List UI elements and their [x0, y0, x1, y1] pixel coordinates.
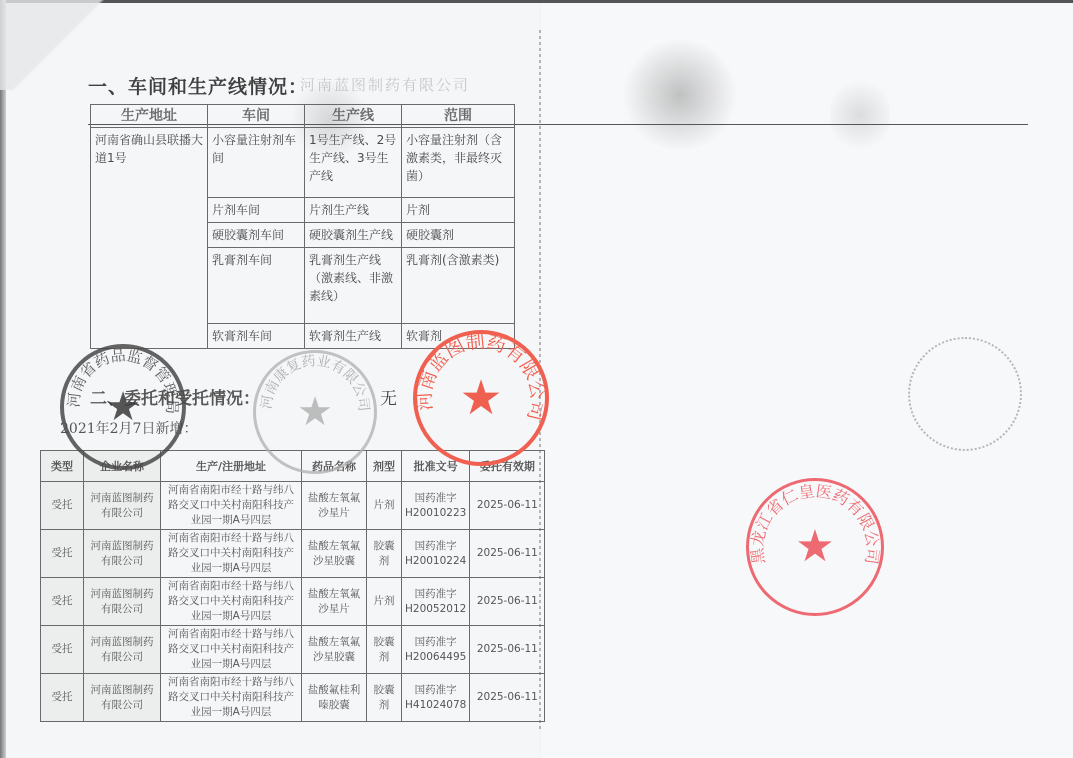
cell-type: 受托 — [41, 530, 84, 578]
seal-gray-company: ★ 河南康复药业有限公司 — [253, 350, 377, 474]
cell-company: 河南蓝图制药有限公司 — [84, 674, 161, 722]
seal-drug-admin: ★ 河南省药品监督管理局 — [60, 344, 186, 470]
cell-form: 片剂 — [367, 482, 402, 530]
cell-line: 片剂生产线 — [305, 198, 402, 223]
entrustment-table: 类型 企业名称 生产/注册地址 药品名称 剂型 批准文号 委托有效期 受托河南蓝… — [40, 450, 545, 722]
cell-drug: 盐酸氟桂利嗪胶囊 — [302, 674, 367, 722]
cell-valid: 2025-06-11 — [470, 578, 545, 626]
cell-drug: 盐酸左氧氟沙星片 — [302, 578, 367, 626]
cell-type: 受托 — [41, 626, 84, 674]
seal-star-icon: ★ — [795, 525, 834, 569]
cell-company: 河南蓝图制药有限公司 — [84, 578, 161, 626]
cell-company: 河南蓝图制药有限公司 — [84, 626, 161, 674]
cell-approval: 国药准字H20052012 — [402, 578, 470, 626]
seal-heilongjiang-pharma: ★ 黑龙江省仁皇医药有限公司 — [746, 478, 884, 616]
col-header-address: 生产地址 — [91, 105, 208, 128]
cell-line: 硬胶囊剂生产线 — [305, 223, 402, 248]
cell-form: 片剂 — [367, 578, 402, 626]
cell-line: 软膏剂生产线 — [305, 324, 402, 349]
cell-drug: 盐酸左氧氟沙星片 — [302, 482, 367, 530]
scan-edge-left — [0, 0, 6, 758]
cell-drug: 盐酸左氧氟沙星胶囊 — [302, 530, 367, 578]
cell-address: 河南省南阳市经十路与纬八路交叉口中关村南阳科技产业园一期A号四层 — [161, 674, 302, 722]
col-header-scope: 范围 — [402, 105, 515, 128]
section1-title: 一、车间和生产线情况： — [88, 72, 308, 99]
scan-noise — [830, 75, 890, 155]
cell-approval: 国药准字H41024078 — [402, 674, 470, 722]
cell-valid: 2025-06-11 — [470, 530, 545, 578]
cell-workshop: 片剂车间 — [208, 198, 305, 223]
cell-valid: 2025-06-11 — [470, 626, 545, 674]
cell-workshop: 小容量注射剂车间 — [208, 128, 305, 198]
table-row: 受托河南蓝图制药有限公司河南省南阳市经十路与纬八路交叉口中关村南阳科技产业园一期… — [41, 626, 545, 674]
seal-star-icon: ★ — [105, 387, 141, 427]
cell-type: 受托 — [41, 482, 84, 530]
cell-type: 受托 — [41, 674, 84, 722]
cell-address: 河南省确山县联播大道1号 — [91, 128, 208, 349]
table-row: 受托河南蓝图制药有限公司河南省南阳市经十路与纬八路交叉口中关村南阳科技产业园一期… — [41, 578, 545, 626]
cell-address: 河南省南阳市经十路与纬八路交叉口中关村南阳科技产业园一期A号四层 — [161, 626, 302, 674]
table-row: 受托河南蓝图制药有限公司河南省南阳市经十路与纬八路交叉口中关村南阳科技产业园一期… — [41, 674, 545, 722]
cell-approval: 国药准字H20010223 — [402, 482, 470, 530]
seal-star-icon: ★ — [459, 374, 502, 422]
section2-none: 无 — [380, 384, 397, 409]
cell-address: 河南省南阳市经十路与纬八路交叉口中关村南阳科技产业园一期A号四层 — [161, 530, 302, 578]
cell-valid: 2025-06-11 — [470, 482, 545, 530]
seal-lantu-pharma: ★ 河南蓝图制药有限公司 — [413, 330, 549, 466]
cell-drug: 盐酸左氧氟沙星胶囊 — [302, 626, 367, 674]
cell-form: 胶囊剂 — [367, 530, 402, 578]
cell-address: 河南省南阳市经十路与纬八路交叉口中关村南阳科技产业园一期A号四层 — [161, 482, 302, 530]
table-row: 受托河南蓝图制药有限公司河南省南阳市经十路与纬八路交叉口中关村南阳科技产业园一期… — [41, 482, 545, 530]
cell-approval: 国药准字H20010224 — [402, 530, 470, 578]
cell-scope: 硬胶囊剂 — [402, 223, 515, 248]
cell-form: 胶囊剂 — [367, 626, 402, 674]
cell-company: 河南蓝图制药有限公司 — [84, 482, 161, 530]
cell-form: 胶囊剂 — [367, 674, 402, 722]
cell-scope: 小容量注射剂（含激素类，非最终灭菌） — [402, 128, 515, 198]
cell-type: 受托 — [41, 578, 84, 626]
scan-noise — [290, 80, 370, 160]
seal-faint-bleed — [908, 337, 1022, 451]
cell-scope: 乳膏剂(含激素类) — [402, 248, 515, 324]
cell-workshop: 软膏剂车间 — [208, 324, 305, 349]
cell-valid: 2025-06-11 — [470, 674, 545, 722]
cell-approval: 国药准字H20064495 — [402, 626, 470, 674]
cell-address: 河南省南阳市经十路与纬八路交叉口中关村南阳科技产业园一期A号四层 — [161, 578, 302, 626]
cell-workshop: 乳膏剂车间 — [208, 248, 305, 324]
cell-scope: 片剂 — [402, 198, 515, 223]
cell-workshop: 硬胶囊剂车间 — [208, 223, 305, 248]
seal-star-icon: ★ — [297, 392, 333, 432]
scan-noise — [620, 40, 740, 150]
cell-company: 河南蓝图制药有限公司 — [84, 530, 161, 578]
cell-line: 乳膏剂生产线（激素线、非激素线） — [305, 248, 402, 324]
table-row: 受托河南蓝图制药有限公司河南省南阳市经十路与纬八路交叉口中关村南阳科技产业园一期… — [41, 530, 545, 578]
